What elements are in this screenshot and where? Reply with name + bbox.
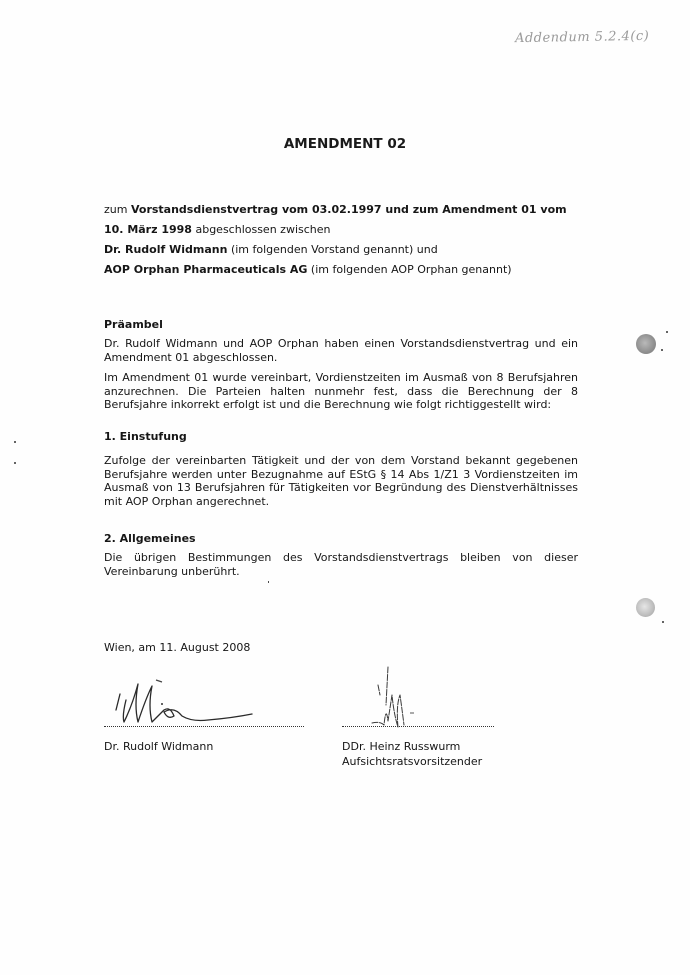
intro-line-4: AOP Orphan Pharmaceuticals AG (im folgen…: [104, 260, 567, 280]
intro-text: (im folgenden Vorstand genannt) und: [227, 243, 437, 256]
amendment-date: 10. März 1998: [104, 223, 192, 236]
contract-reference: Vorstandsdienstvertrag vom 03.02.1997 un…: [131, 203, 567, 216]
signatory-role: Aufsichtsratsvorsitzender: [342, 754, 482, 769]
signature-line-left: [104, 726, 304, 727]
intro-text: (im folgenden AOP Orphan genannt): [307, 263, 511, 276]
signature-widmann: [112, 676, 262, 730]
handwritten-annotation: Addendum 5.2.4(c): [515, 29, 650, 46]
scan-speck: [662, 621, 664, 623]
section-praeambel: Präambel Dr. Rudolf Widmann und AOP Orph…: [104, 318, 578, 419]
document-page: Addendum 5.2.4(c) AMENDMENT 02 zum Vorst…: [0, 0, 690, 975]
contract-parties-intro: zum Vorstandsdienstvertrag vom 03.02.199…: [104, 200, 567, 280]
signatory-name: Dr. Rudolf Widmann: [104, 739, 213, 754]
intro-line-2: 10. März 1998 abgeschlossen zwischen: [104, 220, 567, 240]
scan-speck: [666, 331, 668, 333]
section-einstufung: 1. Einstufung Zufolge der vereinbarten T…: [104, 430, 578, 515]
section-paragraph: Dr. Rudolf Widmann und AOP Orphan haben …: [104, 337, 578, 364]
intro-line-3: Dr. Rudolf Widmann (im folgenden Vorstan…: [104, 240, 567, 260]
punch-hole-mark: [636, 334, 656, 354]
signature-line-right: [342, 726, 494, 727]
intro-line-1: zum Vorstandsdienstvertrag vom 03.02.199…: [104, 200, 567, 220]
signatory-name: DDr. Heinz Russwurm: [342, 739, 482, 754]
place-and-date: Wien, am 11. August 2008: [104, 641, 250, 654]
section-heading: 2. Allgemeines: [104, 532, 578, 545]
signatory-right: DDr. Heinz Russwurm Aufsichtsratsvorsitz…: [342, 739, 482, 769]
signatory-left: Dr. Rudolf Widmann: [104, 739, 213, 754]
section-paragraph: Zufolge der vereinbarten Tätigkeit und d…: [104, 454, 578, 508]
intro-text: zum: [104, 203, 131, 216]
section-heading: Präambel: [104, 318, 578, 331]
section-heading: 1. Einstufung: [104, 430, 578, 443]
signature-russwurm: [366, 665, 436, 729]
section-paragraph: Im Amendment 01 wurde vereinbart, Vordie…: [104, 371, 578, 412]
scan-speck: [268, 581, 269, 583]
section-allgemeines: 2. Allgemeines Die übrigen Bestimmungen …: [104, 532, 578, 585]
punch-hole-mark: [636, 598, 655, 617]
document-title: AMENDMENT 02: [0, 136, 690, 152]
section-paragraph: Die übrigen Bestimmungen des Vorstandsdi…: [104, 551, 578, 578]
intro-text: abgeschlossen zwischen: [192, 223, 331, 236]
scan-speck: [14, 462, 16, 464]
party-company: AOP Orphan Pharmaceuticals AG: [104, 263, 307, 276]
scan-speck: [661, 349, 663, 351]
party-executive: Dr. Rudolf Widmann: [104, 243, 227, 256]
scan-speck: [14, 441, 16, 443]
